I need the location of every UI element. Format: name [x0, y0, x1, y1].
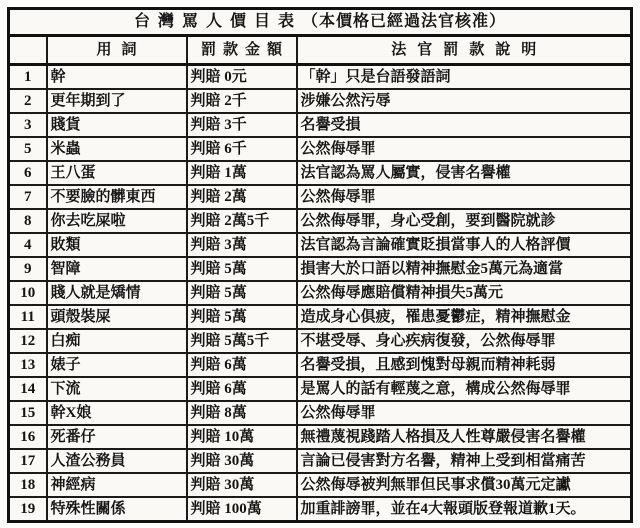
note-cell: 法官認為言論確實貶損當事人的人格評價: [297, 233, 632, 257]
table-body: 台灣罵人價目表（本價格已經過法官核准） 用詞 罰款金額 法官罰款說明 1幹判賠 …: [9, 9, 632, 522]
note-cell: 公然侮辱應賠償精神損失5萬元: [297, 281, 632, 305]
note-cell: 公然侮辱罪: [297, 185, 632, 209]
note-cell: 「幹」只是台語發語詞: [297, 65, 632, 90]
table-row: 3賤貨判賠 3千名譽受損: [9, 113, 632, 137]
header-note-cell: 法官罰款說明: [297, 36, 632, 65]
row-number-cell: 11: [9, 305, 47, 329]
row-number-cell: 18: [9, 473, 47, 497]
row-number-cell: 14: [9, 377, 47, 401]
table-row: 10賤人就是矯情判賠 5萬公然侮辱應賠償精神損失5萬元: [9, 281, 632, 305]
note-cell: 名譽受損，且感到愧對母親而精神耗弱: [297, 353, 632, 377]
amount-cell: 判賠 3千: [187, 113, 297, 137]
amount-cell: 判賠 0元: [187, 65, 297, 90]
row-number-cell: 10: [9, 281, 47, 305]
term-cell: 智障: [47, 257, 187, 281]
row-number-cell: 13: [9, 353, 47, 377]
term-cell: 幹X娘: [47, 401, 187, 425]
title-main-text: 台灣罵人價目表: [134, 13, 302, 30]
row-number-cell: 19: [9, 497, 47, 522]
note-cell: 法官認為罵人屬實，侵害名譽權: [297, 161, 632, 185]
table-row: 12白痴判賠 5萬5千不堪受辱、身心疾病復發，公然侮辱罪: [9, 329, 632, 353]
row-number-cell: 17: [9, 449, 47, 473]
amount-cell: 判賠 2萬: [187, 185, 297, 209]
term-cell: 不要臉的髒東西: [47, 185, 187, 209]
amount-cell: 判賠 5萬: [187, 257, 297, 281]
term-cell: 賤人就是矯情: [47, 281, 187, 305]
header-term-cell: 用詞: [47, 36, 187, 65]
term-cell: 幹: [47, 65, 187, 90]
table-row: 4敗類判賠 3萬法官認為言論確實貶損當事人的人格評價: [9, 233, 632, 257]
amount-cell: 判賠 6萬: [187, 353, 297, 377]
table-row: 7不要臉的髒東西判賠 2萬公然侮辱罪: [9, 185, 632, 209]
header-amount-cell: 罰款金額: [187, 36, 297, 65]
row-number-cell: 16: [9, 425, 47, 449]
table-row: 16死番仔判賠 10萬無禮蔑視踐踏人格損及人性尊嚴侵害名譽權: [9, 425, 632, 449]
note-cell: 是罵人的話有輕蔑之意，構成公然侮辱罪: [297, 377, 632, 401]
amount-cell: 判賠 6千: [187, 137, 297, 161]
table-row: 5米蟲判賠 6千公然侮辱罪: [9, 137, 632, 161]
row-number-cell: 12: [9, 329, 47, 353]
amount-cell: 判賠 10萬: [187, 425, 297, 449]
amount-cell: 判賠 30萬: [187, 449, 297, 473]
note-cell: 無禮蔑視踐踏人格損及人性尊嚴侵害名譽權: [297, 425, 632, 449]
note-cell: 名譽受損: [297, 113, 632, 137]
row-number-cell: 7: [9, 185, 47, 209]
term-cell: 婊子: [47, 353, 187, 377]
table-row: 6王八蛋判賠 1萬法官認為罵人屬實，侵害名譽權: [9, 161, 632, 185]
note-cell: 言論已侵害對方名譽，精神上受到相當痛苦: [297, 449, 632, 473]
term-cell: 王八蛋: [47, 161, 187, 185]
term-cell: 敗類: [47, 233, 187, 257]
page-title: 台灣罵人價目表（本價格已經過法官核准）: [9, 9, 632, 36]
header-number-cell: [9, 36, 47, 65]
row-number-cell: 8: [9, 209, 47, 233]
row-number-cell: 5: [9, 137, 47, 161]
insult-price-table: 台灣罵人價目表（本價格已經過法官核准） 用詞 罰款金額 法官罰款說明 1幹判賠 …: [7, 7, 633, 523]
amount-cell: 判賠 1萬: [187, 161, 297, 185]
table-row: 13婊子判賠 6萬名譽受損，且感到愧對母親而精神耗弱: [9, 353, 632, 377]
term-cell: 你去吃屎啦: [47, 209, 187, 233]
table-row: 14下流判賠 6萬是罵人的話有輕蔑之意，構成公然侮辱罪: [9, 377, 632, 401]
table-row: 8你去吃屎啦判賠 2萬5千公然侮辱罪，身心受創，要到醫院就診: [9, 209, 632, 233]
term-cell: 賤貨: [47, 113, 187, 137]
table-row: 15幹X娘判賠 8萬公然侮辱罪: [9, 401, 632, 425]
note-cell: 公然侮辱罪: [297, 137, 632, 161]
note-cell: 損害大於口語以精神撫慰金5萬元為適當: [297, 257, 632, 281]
table-row: 17人渣公務員判賠 30萬言論已侵害對方名譽，精神上受到相當痛苦: [9, 449, 632, 473]
note-cell: 公然侮辱被判無罪但民事求償30萬元定讞: [297, 473, 632, 497]
row-number-cell: 15: [9, 401, 47, 425]
amount-cell: 判賠 2萬5千: [187, 209, 297, 233]
table-row: 19特殊性關係判賠 100萬加重誹謗罪，並在4大報頭版登報道歉1天。: [9, 497, 632, 522]
amount-cell: 判賠 8萬: [187, 401, 297, 425]
row-number-cell: 4: [9, 233, 47, 257]
amount-cell: 判賠 30萬: [187, 473, 297, 497]
note-cell: 不堪受辱、身心疾病復發，公然侮辱罪: [297, 329, 632, 353]
amount-cell: 判賠 5萬: [187, 305, 297, 329]
row-number-cell: 9: [9, 257, 47, 281]
table-row: 1幹判賠 0元「幹」只是台語發語詞: [9, 65, 632, 90]
term-cell: 死番仔: [47, 425, 187, 449]
term-cell: 特殊性關係: [47, 497, 187, 522]
amount-cell: 判賠 5萬: [187, 281, 297, 305]
term-cell: 神經病: [47, 473, 187, 497]
title-row: 台灣罵人價目表（本價格已經過法官核准）: [9, 9, 632, 36]
note-cell: 涉嫌公然污辱: [297, 89, 632, 113]
table-row: 2更年期到了判賠 2千涉嫌公然污辱: [9, 89, 632, 113]
term-cell: 米蟲: [47, 137, 187, 161]
table-row: 9智障判賠 5萬損害大於口語以精神撫慰金5萬元為適當: [9, 257, 632, 281]
row-number-cell: 2: [9, 89, 47, 113]
table-row: 18神經病判賠 30萬公然侮辱被判無罪但民事求償30萬元定讞: [9, 473, 632, 497]
term-cell: 頭殼裝屎: [47, 305, 187, 329]
note-cell: 加重誹謗罪，並在4大報頭版登報道歉1天。: [297, 497, 632, 522]
scanned-price-table-sheet: 台灣罵人價目表（本價格已經過法官核准） 用詞 罰款金額 法官罰款說明 1幹判賠 …: [7, 7, 633, 523]
amount-cell: 判賠 100萬: [187, 497, 297, 522]
title-note-text: （本價格已經過法官核准）: [302, 13, 506, 30]
note-cell: 造成身心俱疲，罹患憂鬱症，精神撫慰金: [297, 305, 632, 329]
term-cell: 更年期到了: [47, 89, 187, 113]
amount-cell: 判賠 2千: [187, 89, 297, 113]
note-cell: 公然侮辱罪: [297, 401, 632, 425]
term-cell: 人渣公務員: [47, 449, 187, 473]
row-number-cell: 3: [9, 113, 47, 137]
table-row: 11頭殼裝屎判賠 5萬造成身心俱疲，罹患憂鬱症，精神撫慰金: [9, 305, 632, 329]
header-row: 用詞 罰款金額 法官罰款說明: [9, 36, 632, 65]
amount-cell: 判賠 6萬: [187, 377, 297, 401]
row-number-cell: 1: [9, 65, 47, 90]
amount-cell: 判賠 3萬: [187, 233, 297, 257]
term-cell: 下流: [47, 377, 187, 401]
row-number-cell: 6: [9, 161, 47, 185]
term-cell: 白痴: [47, 329, 187, 353]
note-cell: 公然侮辱罪，身心受創，要到醫院就診: [297, 209, 632, 233]
amount-cell: 判賠 5萬5千: [187, 329, 297, 353]
